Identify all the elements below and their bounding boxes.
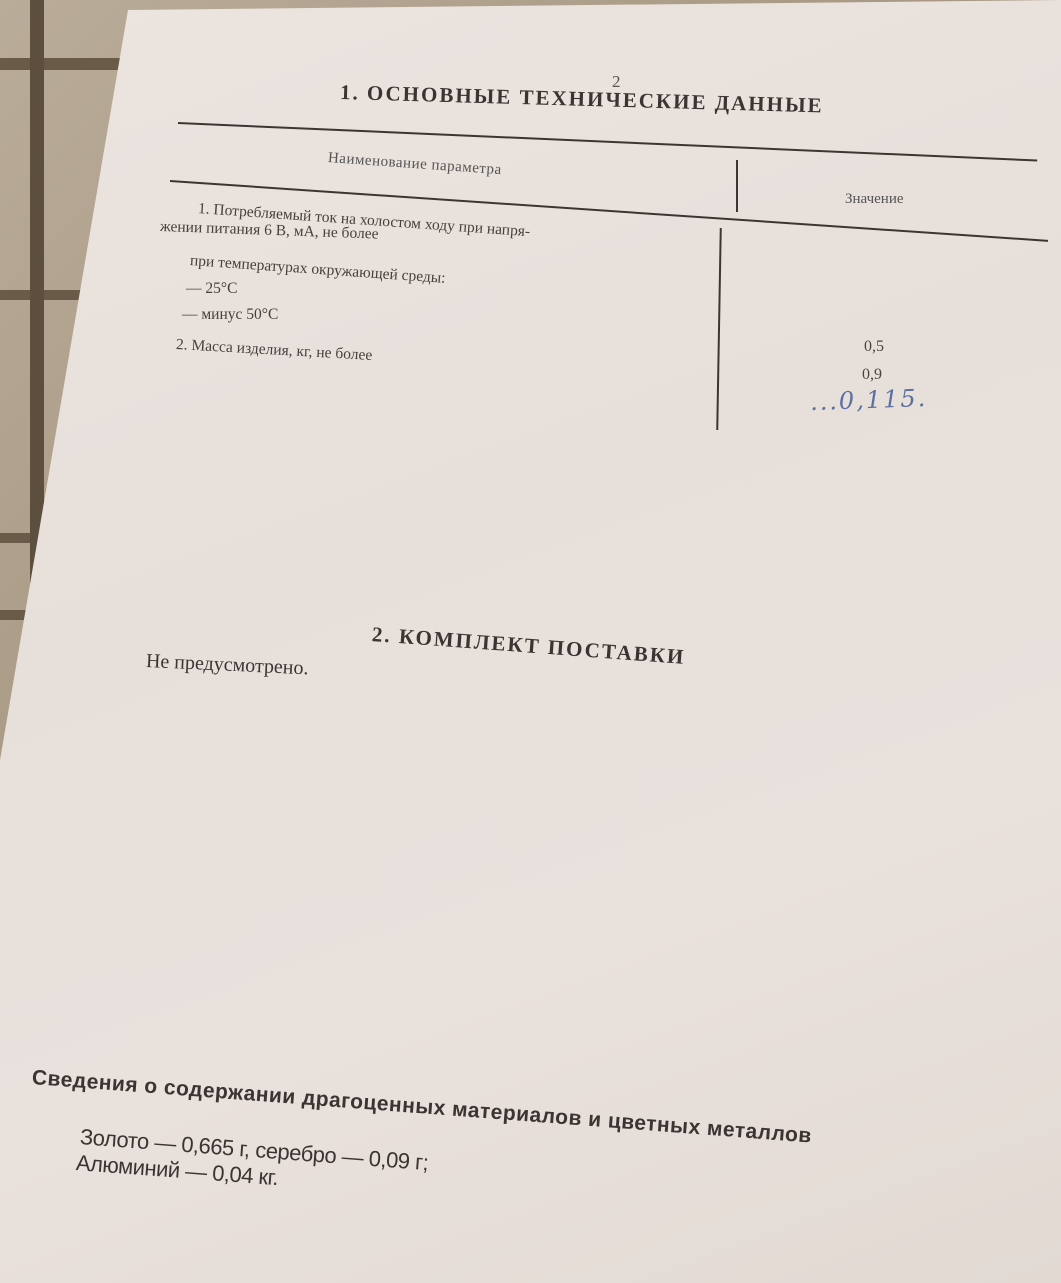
table-header-value: Значение [845, 191, 904, 208]
row1-sub1-label: — 25°C [186, 280, 237, 298]
row2-handwritten-value: ...0,115. [810, 384, 928, 416]
row1-sub2-label: — минус 50°C [182, 306, 278, 324]
row1-sub1-value: 0,5 [864, 338, 884, 356]
table-column-divider-top [736, 160, 738, 212]
row1-sub2-value: 0,9 [862, 366, 882, 384]
